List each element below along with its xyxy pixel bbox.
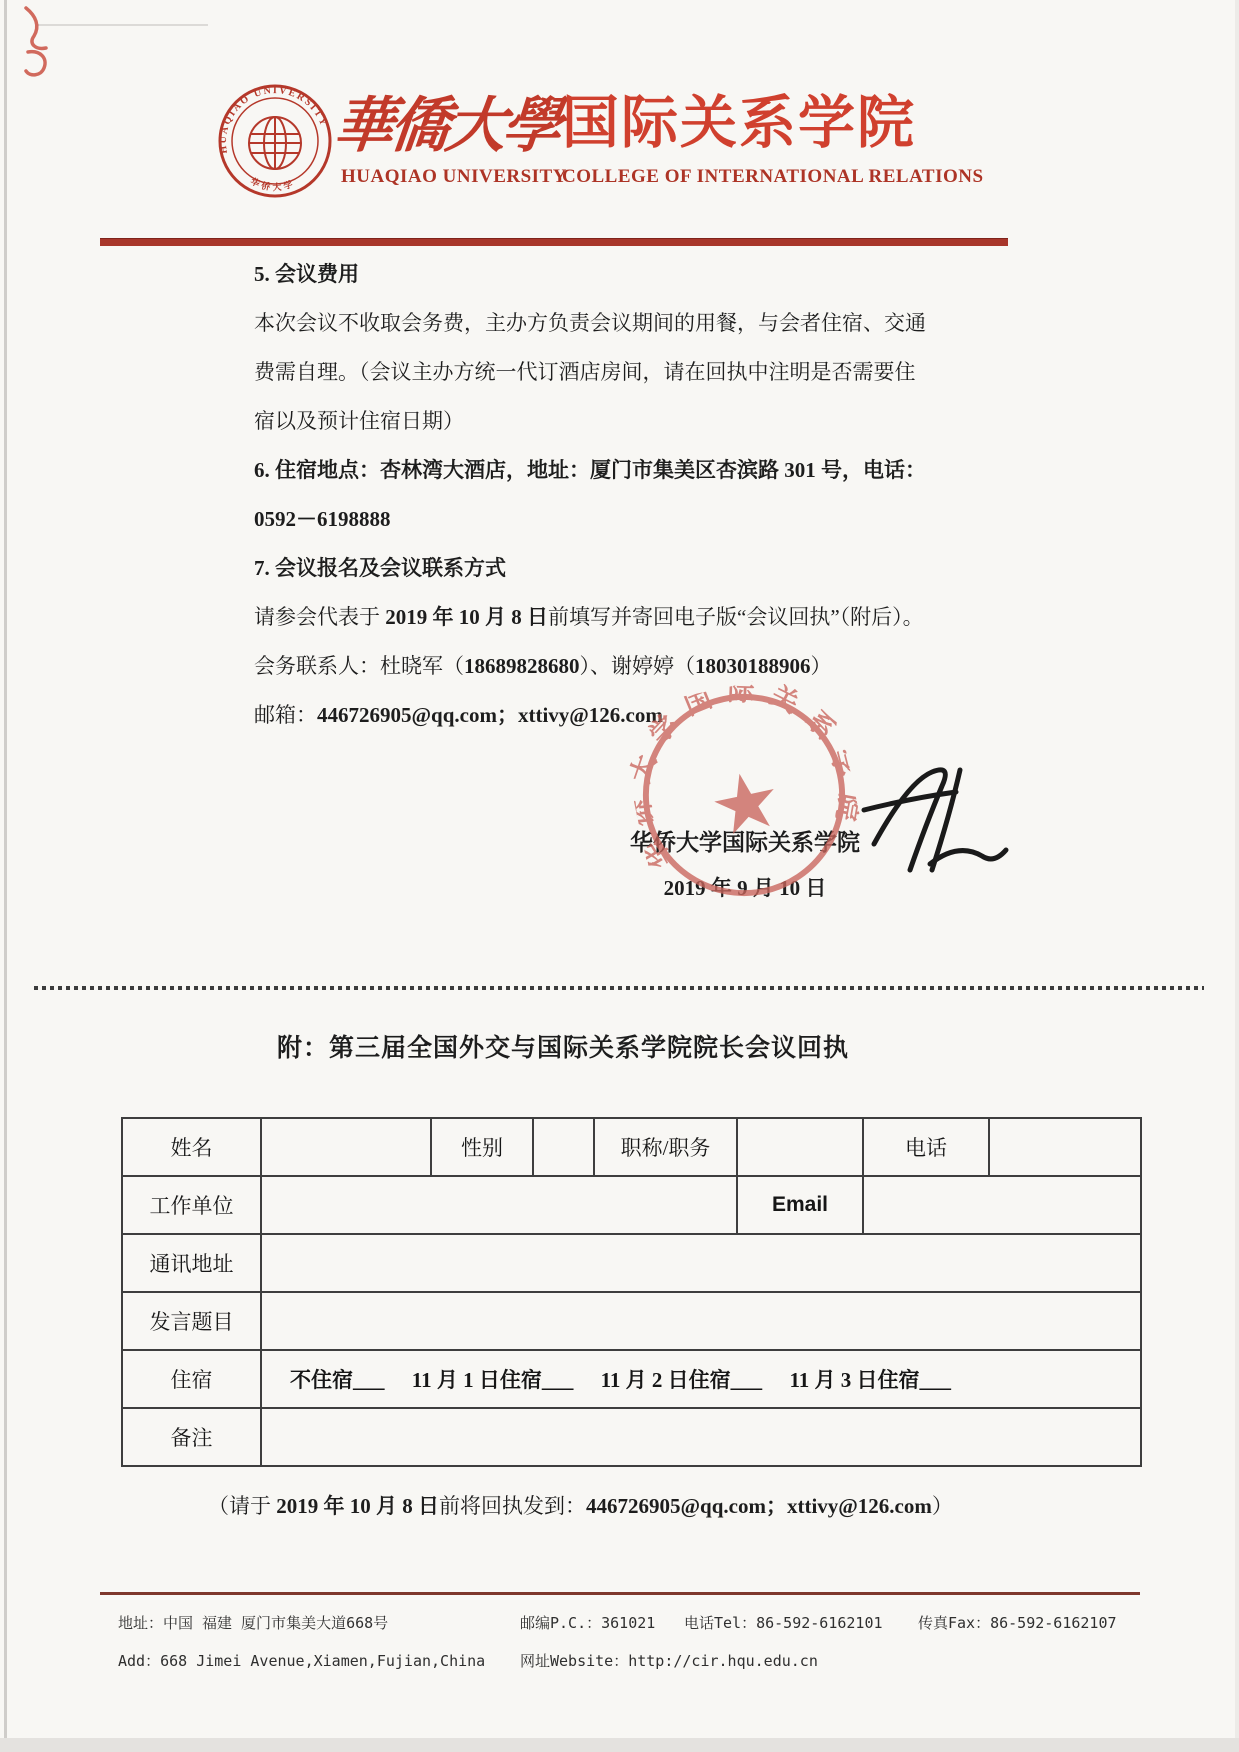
item-5-line-1: 本次会议不收取会务费，主办方负责会议期间的用餐，与会者住宿、交通 — [254, 299, 1004, 348]
footer-address-cn: 地址：中国 福建 厦门市集美大道668号 — [118, 1612, 388, 1633]
field-label-stay: 住宿 — [122, 1350, 261, 1408]
scan-artifact-line — [38, 24, 208, 26]
reply-deadline-note: （请于 2019 年 10 月 8 日前将回执发到：446726905@qq.c… — [208, 1490, 953, 1520]
field-label-phone: 电话 — [863, 1118, 989, 1176]
item-7-line-1: 请参会代表于 2019 年 10 月 8 日前填写并寄回电子版“会议回执”（附后… — [254, 593, 1004, 642]
table-row-work-unit: 工作单位 Email — [122, 1176, 1141, 1234]
stay-option-nov2: 11 月 2 日住宿___ — [601, 1368, 763, 1392]
item-5-heading: 5. 会议费用 — [254, 250, 1004, 299]
item-7-heading: 7. 会议报名及会议联系方式 — [254, 544, 1004, 593]
contacts-pre: 会务联系人：杜晓军（ — [254, 654, 464, 678]
field-label-work-unit: 工作单位 — [122, 1176, 261, 1234]
input-cell-title — [737, 1118, 863, 1176]
input-cell-work-unit — [261, 1176, 737, 1234]
note-pre: （请于 — [208, 1494, 276, 1518]
letter-body: 5. 会议费用 本次会议不收取会务费，主办方负责会议期间的用餐，与会者住宿、交通… — [254, 250, 1004, 740]
logo-bottom-text: 华侨大学 — [249, 175, 297, 192]
header-divider-rule — [100, 238, 1008, 246]
table-row-topic: 发言题目 — [122, 1292, 1141, 1350]
table-row-stay: 住宿 不住宿___ 11 月 1 日住宿___ 11 月 2 日住宿___ 11… — [122, 1350, 1141, 1408]
college-name-cn: 国际关系学院 — [562, 92, 916, 155]
footer-telephone: 电话Tel：86-592-6162101 — [684, 1612, 883, 1633]
globe-icon — [249, 117, 301, 169]
svg-text:华侨大学: 华侨大学 — [249, 175, 297, 192]
field-label-name: 姓名 — [122, 1118, 261, 1176]
footer-fax: 传真Fax：86-592-6162107 — [918, 1612, 1117, 1633]
table-row-identity: 姓名 性别 职称/职务 电话 — [122, 1118, 1141, 1176]
scanned-letter-page: HUAQIAO UNIVERSITY 华侨大学 華僑大學 国际关系学院 HUAQ… — [0, 0, 1239, 1752]
field-label-remarks: 备注 — [122, 1408, 261, 1466]
stay-options-cell: 不住宿___ 11 月 1 日住宿___ 11 月 2 日住宿___ 11 月 … — [261, 1350, 1141, 1408]
footer-address-en: Add：668 Jimei Avenue,Xiamen,Fujian,China — [118, 1650, 485, 1671]
scan-edge-left — [4, 0, 7, 1752]
item-5-line-3: 宿以及预计住宿日期） — [254, 397, 1004, 446]
email-label: 邮箱： — [254, 703, 317, 727]
field-label-address: 通讯地址 — [122, 1234, 261, 1292]
input-cell-address — [261, 1234, 1141, 1292]
footer-website: 网址Website：http://cir.hqu.edu.cn — [520, 1650, 818, 1671]
scan-edge-bottom — [0, 1738, 1239, 1752]
input-cell-remarks — [261, 1408, 1141, 1466]
note-mid: 前将回执发到： — [439, 1494, 586, 1518]
field-label-title: 职称/职务 — [594, 1118, 737, 1176]
item-7-line-2: 会务联系人：杜晓军（18689828680）、谢婷婷（18030188906） — [254, 642, 1004, 691]
footer-divider-rule — [100, 1592, 1140, 1595]
input-cell-name — [261, 1118, 431, 1176]
item-6-phone: 0592－6198888 — [254, 495, 1004, 544]
field-label-gender: 性别 — [431, 1118, 533, 1176]
input-cell-phone — [989, 1118, 1141, 1176]
stay-option-nov3: 11 月 3 日住宿___ — [789, 1368, 951, 1392]
input-cell-email — [863, 1176, 1141, 1234]
note-emails: 446726905@qq.com；xttivy@126.com — [586, 1494, 932, 1518]
table-row-remarks: 备注 — [122, 1408, 1141, 1466]
note-post: ） — [932, 1494, 953, 1518]
university-name-en: HUAQIAO UNIVERSITY — [341, 166, 567, 188]
item-5-line-2: 费需自理。（会议主办方统一代订酒店房间，请在回执中注明是否需要住 — [254, 348, 1004, 397]
item-6-line-1: 6. 住宿地点：杏林湾大酒店，地址：厦门市集美区杏滨路 301 号，电话： — [254, 446, 1004, 495]
attachment-form-title: 附：第三届全国外交与国际关系学院院长会议回执 — [168, 1028, 958, 1064]
field-label-email: Email — [737, 1176, 863, 1234]
input-cell-gender — [533, 1118, 594, 1176]
stay-option-nov1: 11 月 1 日住宿___ — [412, 1368, 574, 1392]
reply-form-table: 姓名 性别 职称/职务 电话 工作单位 Email 通讯地址 发言题目 住宿 不… — [121, 1117, 1142, 1467]
handwritten-signature — [856, 748, 1021, 893]
scan-edge-right — [1235, 0, 1239, 1752]
deadline-date: 2019 年 10 月 8 日 — [385, 605, 548, 629]
note-date: 2019 年 10 月 8 日 — [276, 1494, 439, 1518]
college-name-en: COLLEGE OF INTERNATIONAL RELATIONS — [562, 166, 984, 188]
field-label-topic: 发言题目 — [122, 1292, 261, 1350]
dotted-separator — [34, 986, 1204, 990]
red-corner-mark — [16, 2, 62, 80]
contacts-mid: ）、谢婷婷（ — [580, 654, 696, 678]
footer-postcode: 邮编P.C.：361021 — [520, 1612, 655, 1633]
deadline-pre: 请参会代表于 — [254, 605, 385, 629]
university-logo-seal: HUAQIAO UNIVERSITY 华侨大学 — [216, 82, 334, 200]
email-addresses: 446726905@qq.com；xttivy@126.com — [317, 703, 663, 727]
university-calligraphy: 華僑大學 — [331, 96, 565, 156]
official-seal-stamp: 华侨大学国际关系学院 ★ — [615, 666, 874, 925]
deadline-post: 前填写并寄回电子版“会议回执”（附后）。 — [548, 605, 924, 629]
table-row-address: 通讯地址 — [122, 1234, 1141, 1292]
input-cell-topic — [261, 1292, 1141, 1350]
stay-option-none: 不住宿___ — [290, 1368, 385, 1392]
contact-phone-1: 18689828680 — [464, 654, 580, 678]
stamp-star-icon: ★ — [702, 754, 790, 855]
